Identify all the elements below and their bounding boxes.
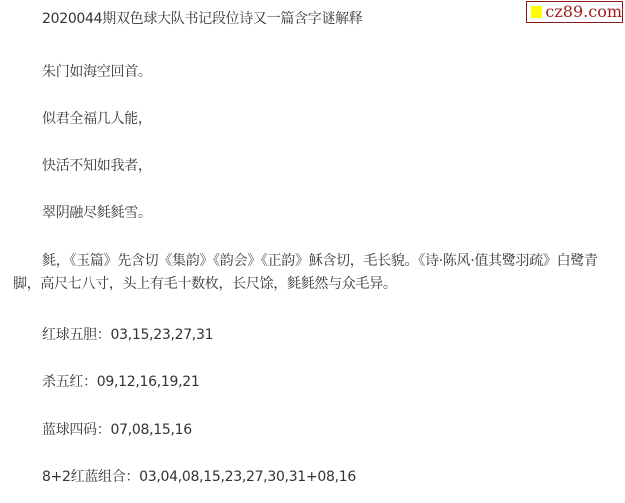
article-title: 2020044期双色球大队书记段位诗又一篇含字谜解释 [42,9,363,29]
yellow-square-icon [531,6,542,18]
prediction-kill-five-red: 杀五红：09,12,16,19,21 [42,372,199,392]
poem-line-1: 朱门如海空回首。 [42,62,152,82]
watermark-logo: cz89.com [526,1,623,23]
prediction-red-five-bankers: 红球五胆：03,15,23,27,31 [42,325,213,345]
explanation-paragraph: 毵，《玉篇》先含切《集韵》《韵会》《正韵》穌含切，毛长貌。《诗·陈风·值其鹭羽疏… [13,250,613,296]
prediction-blue-four: 蓝球四码：07,08,15,16 [42,420,192,440]
prediction-8plus2-combo: 8+2红蓝组合：03,04,08,15,23,27,30,31+08,16 [42,467,356,487]
watermark-text: cz89.com [545,2,622,22]
poem-line-3: 快活不知如我者， [42,156,152,176]
poem-line-2: 似君全福几人能， [42,109,152,129]
poem-line-4: 翠阴融尽毵毵雪。 [42,203,152,223]
